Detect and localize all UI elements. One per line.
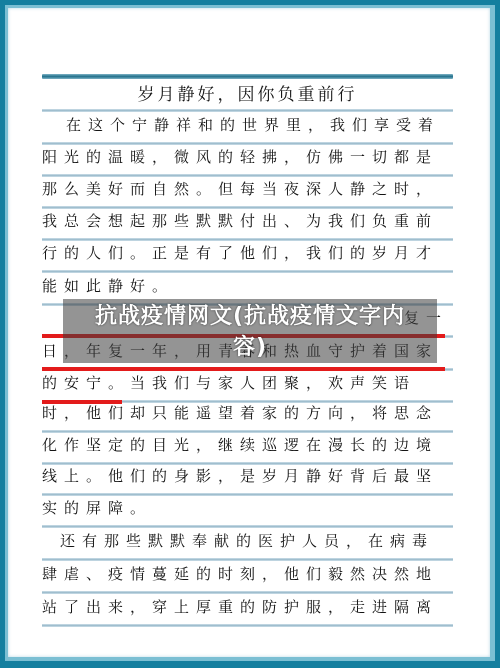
text-line: 我总会想起那些默默付出、为我们负重前 bbox=[42, 211, 453, 231]
text-line: 那么美好而自然。但每当夜深人静之时， bbox=[42, 179, 453, 199]
text-line: 时，他们却只能遥望着家的方向，将思念 bbox=[42, 403, 453, 423]
text-line: 化作坚定的目光，继续巡逻在漫长的边境 bbox=[42, 435, 453, 455]
red-underline bbox=[42, 367, 445, 371]
rule-line bbox=[42, 624, 453, 627]
rule-line bbox=[42, 206, 453, 209]
rule-line bbox=[42, 462, 453, 465]
rule-line bbox=[42, 430, 453, 433]
text-line: 实的屏障。 bbox=[42, 498, 453, 518]
text-line: 阳光的温暖，微风的轻拂，仿佛一切都是 bbox=[42, 147, 453, 167]
rule-line bbox=[42, 591, 453, 594]
text-line: 站了出来，穿上厚重的防护服，走进隔离 bbox=[42, 597, 453, 617]
rule-line bbox=[42, 238, 453, 241]
document-title: 岁月静好，因你负重前行 bbox=[42, 84, 453, 106]
text-line: 线上。他们的身影，是岁月静好背后最坚 bbox=[42, 466, 453, 486]
caption-title: 抗战疫情网文(抗战疫情文字内容) bbox=[84, 301, 416, 363]
caption-overlay: 抗战疫情网文(抗战疫情文字内容) bbox=[63, 299, 437, 363]
rule-line bbox=[42, 270, 453, 273]
rule-line bbox=[42, 142, 453, 145]
text-line: 能如此静好。 bbox=[42, 276, 453, 296]
rule-line bbox=[42, 558, 453, 561]
rule-line bbox=[42, 174, 453, 177]
rule-line bbox=[42, 109, 453, 112]
text-line: 行的人们。正是有了他们，我们的岁月才 bbox=[42, 243, 453, 263]
rule-line bbox=[42, 525, 453, 528]
text-line: 在这个宁静祥和的世界里，我们享受着 bbox=[42, 115, 453, 135]
text-line: 还有那些默默奉献的医护人员，在病毒 bbox=[42, 531, 453, 551]
rule-line bbox=[42, 493, 453, 496]
title-top-rule bbox=[42, 74, 453, 79]
text-line: 的安宁。当我们与家人团聚，欢声笑语 bbox=[42, 373, 453, 393]
text-line: 肆虐、疫情蔓延的时刻，他们毅然决然地 bbox=[42, 564, 453, 584]
